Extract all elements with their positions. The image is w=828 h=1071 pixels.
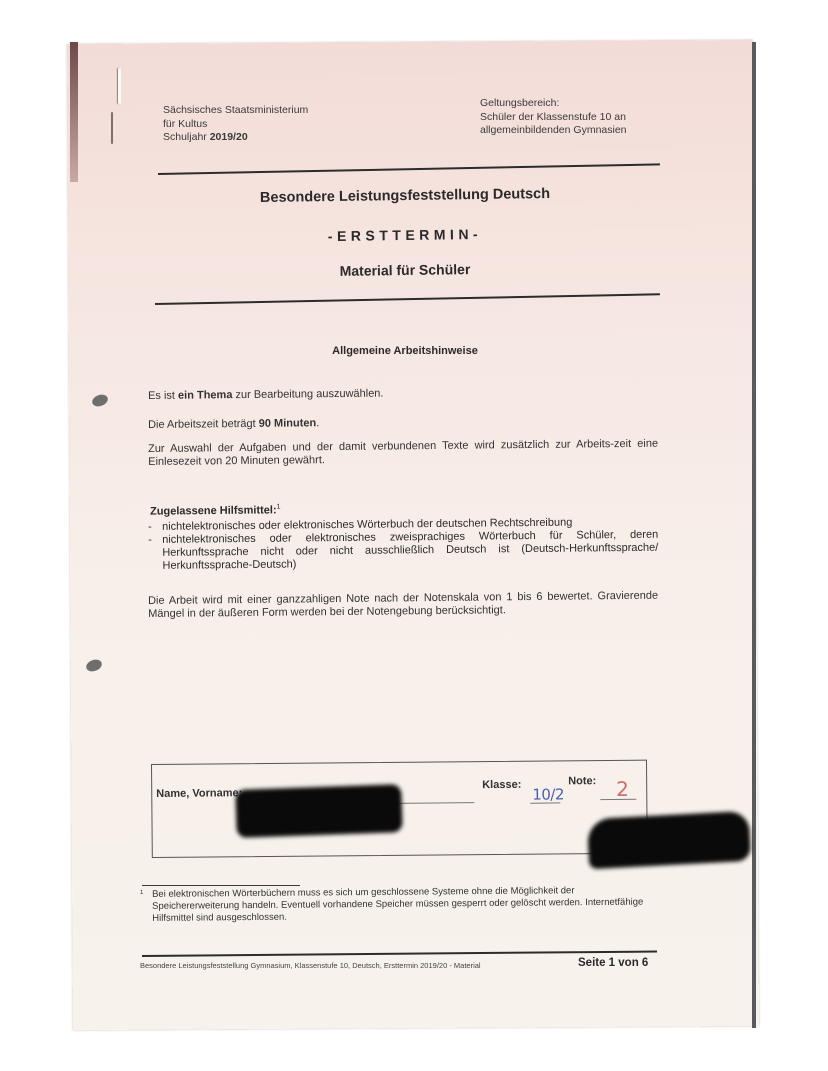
redaction-corner <box>587 811 751 869</box>
text: Die Arbeitszeit beträgt <box>148 418 259 431</box>
redaction-name <box>235 784 403 838</box>
scope-header: Geltungsbereich: Schüler der Klassenstuf… <box>480 97 627 138</box>
footnote-marker: 1 <box>140 887 143 899</box>
footnote: 1 Bei elektronischen Wörterbüchern muss … <box>140 885 650 925</box>
text: Es ist <box>148 390 178 402</box>
footer-doc-info: Besondere Leistungsfeststellung Gymnasiu… <box>140 961 481 970</box>
aids-heading: Zugelassene Hilfsmittel:1 <box>150 504 281 518</box>
staple-mark <box>111 112 113 144</box>
school-year-value: 2019/20 <box>210 131 248 143</box>
grading-note: Die Arbeit wird mit einer ganzzahligen N… <box>148 590 658 621</box>
page-right-edge <box>752 42 756 1028</box>
grade-label: Note: <box>568 775 596 787</box>
bullet-dash: - <box>148 534 152 547</box>
text: . <box>316 417 319 429</box>
class-field[interactable] <box>530 802 560 803</box>
name-label: Name, Vorname: <box>156 787 242 800</box>
page-shadow-edge <box>70 42 78 182</box>
page-number: Seite 1 von 6 <box>578 957 648 969</box>
instructions-heading: Allgemeine Arbeitshinweise <box>160 345 650 357</box>
ministry-line-1: Sächsisches Staatsministerium <box>163 104 308 118</box>
school-year: Schuljahr 2019/20 <box>163 131 308 145</box>
scope-label: Geltungsbereich: <box>480 97 627 111</box>
aid-item: -nichtelektronisches oder elektronisches… <box>148 529 658 573</box>
emphasis: 90 Minuten <box>259 417 317 430</box>
grade-field[interactable] <box>600 799 636 800</box>
aid-text: nichtelektronisches oder elektronisches … <box>162 529 658 572</box>
emphasis: ein Thema <box>178 389 233 402</box>
instruction-reading-time: Zur Auswahl der Aufgaben und der damit v… <box>148 438 658 469</box>
text: zur Bearbeitung auszuwählen. <box>232 388 383 402</box>
ministry-line-2: für Kultus <box>163 118 308 132</box>
footnote-text: Bei elektronischen Wörterbüchern muss es… <box>140 885 650 925</box>
scope-line-2: allgemeinbildenden Gymnasien <box>480 124 627 138</box>
school-year-label: Schuljahr <box>163 131 210 143</box>
ministry-header: Sächsisches Staatsministerium für Kultus… <box>163 104 308 145</box>
footnote-ref: 1 <box>277 504 281 511</box>
class-label: Klasse: <box>482 779 521 791</box>
aids-heading-text: Zugelassene Hilfsmittel: <box>150 504 277 517</box>
aids-list: -nichtelektronisches oder elektronisches… <box>148 516 659 573</box>
bullet-dash: - <box>148 521 152 534</box>
footnote-divider <box>142 885 300 886</box>
scope-line-1: Schüler der Klassenstufe 10 an <box>480 111 627 125</box>
staple-mark <box>118 68 121 104</box>
class-value: 10/2 <box>532 785 564 803</box>
grade-value: 2 <box>616 777 629 801</box>
